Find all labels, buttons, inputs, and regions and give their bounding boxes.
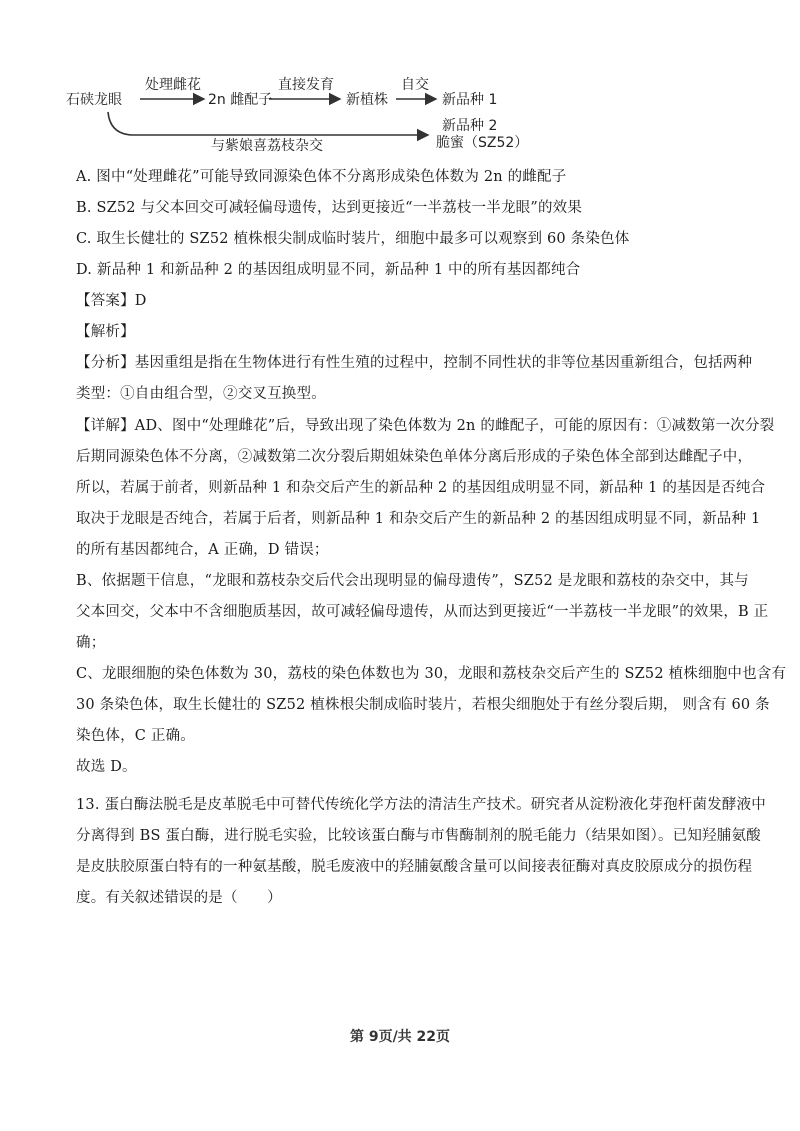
diagram-node-new-variety-2: 新品种 2: [442, 118, 497, 134]
analysis-line: 类型：①自由组合型，②交叉互换型。: [76, 384, 326, 404]
diagram-node-new-variety-1: 新品种 1: [442, 92, 497, 108]
detail-line: 后期同源染色体不分离，②减数第二次分裂后期姐妹染色单体分离后形成的子染色体全部到…: [76, 447, 752, 467]
detail-line: 故选 D。: [76, 757, 137, 777]
detail-line: C、龙眼细胞的染色体数为 30，荔枝的染色体数也为 30，龙眼和荔枝杂交后产生的…: [76, 664, 786, 684]
option-d: D. 新品种 1 和新品种 2 的基因组成明显不同，新品种 1 中的所有基因都纯…: [76, 260, 580, 280]
diagram-arrow-label-cross-litchi: 与紫娘喜荔枝杂交: [211, 138, 323, 154]
diagram-node-2n-female-gamete: 2n 雌配子: [208, 92, 272, 108]
diagram-arrow-label-selfing: 自交: [401, 77, 429, 93]
detail-line: 染色体，C 正确。: [76, 726, 195, 746]
page-number-footer: 第 9页/共 22页: [0, 1026, 800, 1046]
question-13-line: 是皮肤胶原蛋白特有的一种氨基酸，脱毛废液中的羟脯氨酸含量可以间接表征酶对真皮胶原…: [76, 857, 752, 877]
question-13-line: 分离得到 BS 蛋白酶，进行脱毛实验，比较该蛋白酶与市售酶制剂的脱毛能力（结果如…: [76, 826, 761, 846]
answer-line: 【答案】D: [76, 291, 147, 311]
diagram-arrow-label-treat-female-flower: 处理雌花: [145, 77, 201, 93]
analysis-heading: 【解析】: [76, 322, 135, 342]
breeding-flow-diagram: 石硖龙眼 处理雌花 2n 雌配子 直接发育 新植株 自交 新品种 1 与紫娘喜荔…: [66, 74, 526, 158]
detail-line: 【详解】AD、图中“处理雌花”后，导致出现了染色体数为 2n 的雌配子，可能的原…: [76, 416, 774, 436]
detail-line: 取决于龙眼是否纯合，若属于后者，则新品种 1 和杂交后产生的新品种 2 的基因组…: [76, 509, 760, 529]
detail-line: 确；: [76, 633, 105, 653]
question-13-line: 度。有关叙述错误的是（ ）: [76, 888, 282, 908]
diagram-node-cuimi-sz52: 脆蜜（SZ52）: [436, 135, 528, 151]
option-c: C. 取生长健壮的 SZ52 植株根尖制成临时装片，细胞中最多可以观察到 60 …: [76, 229, 629, 249]
diagram-node-new-plant: 新植株: [346, 92, 388, 108]
detail-line: 的所有基因都纯合，A 正确，D 错误；: [76, 540, 329, 560]
detail-line: 父本回交，父本中不含细胞质基因，故可减轻偏母遗传，从而达到更接近“一半荔枝一半龙…: [76, 602, 768, 622]
question-13-line: 13. 蛋白酶法脱毛是皮革脱毛中可替代传统化学方法的清洁生产技术。研究者从淀粉液…: [76, 795, 766, 815]
detail-line: B、依据题干信息，“龙眼和荔枝杂交后代会出现明显的偏母遗传”，SZ52 是龙眼和…: [76, 571, 749, 591]
detail-line: 所以，若属于前者，则新品种 1 和杂交后产生的新品种 2 的基因组成明显不同，新…: [76, 478, 765, 498]
option-b: B. SZ52 与父本回交可减轻偏母遗传，达到更接近“一半荔枝一半龙眼”的效果: [76, 198, 582, 218]
option-a: A. 图中“处理雌花”可能导致同源染色体不分离形成染色体数为 2n 的雌配子: [76, 167, 566, 187]
diagram-node-shixia-longan: 石硖龙眼: [66, 92, 122, 108]
diagram-arrow-label-direct-develop: 直接发育: [278, 77, 334, 93]
analysis-line: 【分析】基因重组是指在生物体进行有性生殖的过程中，控制不同性状的非等位基因重新组…: [76, 353, 752, 373]
detail-line: 30 条染色体，取生长健壮的 SZ52 植株根尖制成临时装片，若根尖细胞处于有丝…: [76, 695, 770, 715]
